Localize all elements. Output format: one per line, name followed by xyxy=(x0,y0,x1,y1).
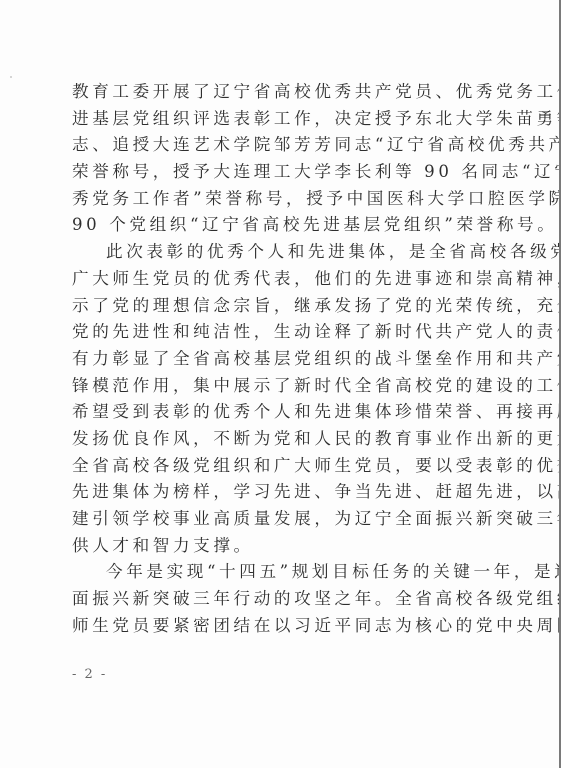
paragraph-start-line: 此次表彰的优秀个人和先进集体，是全省高校各级党组织和 xyxy=(72,239,484,266)
text-line: 志、追授大连艺术学院邹芳芳同志“辽宁省高校优秀共产党员” xyxy=(72,132,484,159)
text-line: 希望受到表彰的优秀个人和先进集体珍惜荣誉、再接再厉，继续 xyxy=(72,399,484,426)
text-line: 广大师生党员的优秀代表，他们的先进事迹和崇高精神，鲜明昭 xyxy=(72,266,484,293)
text-line: 进基层党组织评选表彰工作，决定授予东北大学朱苗勇等 89 名同 xyxy=(72,106,484,133)
text-line: 供人才和智力支撑。 xyxy=(72,533,484,560)
text-line: 面振兴新突破三年行动的攻坚之年。全省高校各级党组织和广大 xyxy=(72,586,484,613)
text-line: 党的先进性和纯洁性，生动诠释了新时代共产党人的责任和担当， xyxy=(72,319,484,346)
body-text: 教育工委开展了辽宁省高校优秀共产党员、优秀党务工作者和先 进基层党组织评选表彰工… xyxy=(72,79,484,639)
text-line: 有力彰显了全省高校基层党组织的战斗堡垒作用和共产党员的先 xyxy=(72,346,484,373)
paragraph-start-line: 今年是实现“十四五”规划目标任务的关键一年，是辽宁全 xyxy=(72,559,484,586)
text-line: 先进集体为榜样，学习先进、争当先进、赶超先进，以高质量党 xyxy=(72,479,484,506)
page-number: - 2 - xyxy=(72,667,107,682)
text-line: 示了党的理想信念宗旨，继承发扬了党的光荣传统，充分展现了 xyxy=(72,293,484,320)
document-page: 教育工委开展了辽宁省高校优秀共产党员、优秀党务工作者和先 进基层党组织评选表彰工… xyxy=(0,0,561,768)
text-line: 荣誉称号，授予大连理工大学李长利等 90 名同志“辽宁省高校优 xyxy=(72,159,484,186)
text-line: 教育工委开展了辽宁省高校优秀共产党员、优秀党务工作者和先 xyxy=(72,79,484,106)
scan-speck xyxy=(10,76,12,78)
text-line: 建引领学校事业高质量发展，为辽宁全面振兴新突破三年行动提 xyxy=(72,506,484,533)
text-line: 发扬优良作风，不断为党和人民的教育事业作出新的更大贡献。 xyxy=(72,426,484,453)
text-line: 全省高校各级党组织和广大师生党员，要以受表彰的优秀个人和 xyxy=(72,453,484,480)
text-line: 锋模范作用，集中展示了新时代全省高校党的建设的工作成果。 xyxy=(72,373,484,400)
text-line: 秀党务工作者”荣誉称号，授予中国医科大学口腔医学院党委等 xyxy=(72,186,484,213)
text-line: 90 个党组织“辽宁省高校先进基层党组织”荣誉称号。 xyxy=(72,212,484,239)
text-line: 师生党员要紧密团结在以习近平同志为核心的党中央周围，深刻 xyxy=(72,613,484,640)
